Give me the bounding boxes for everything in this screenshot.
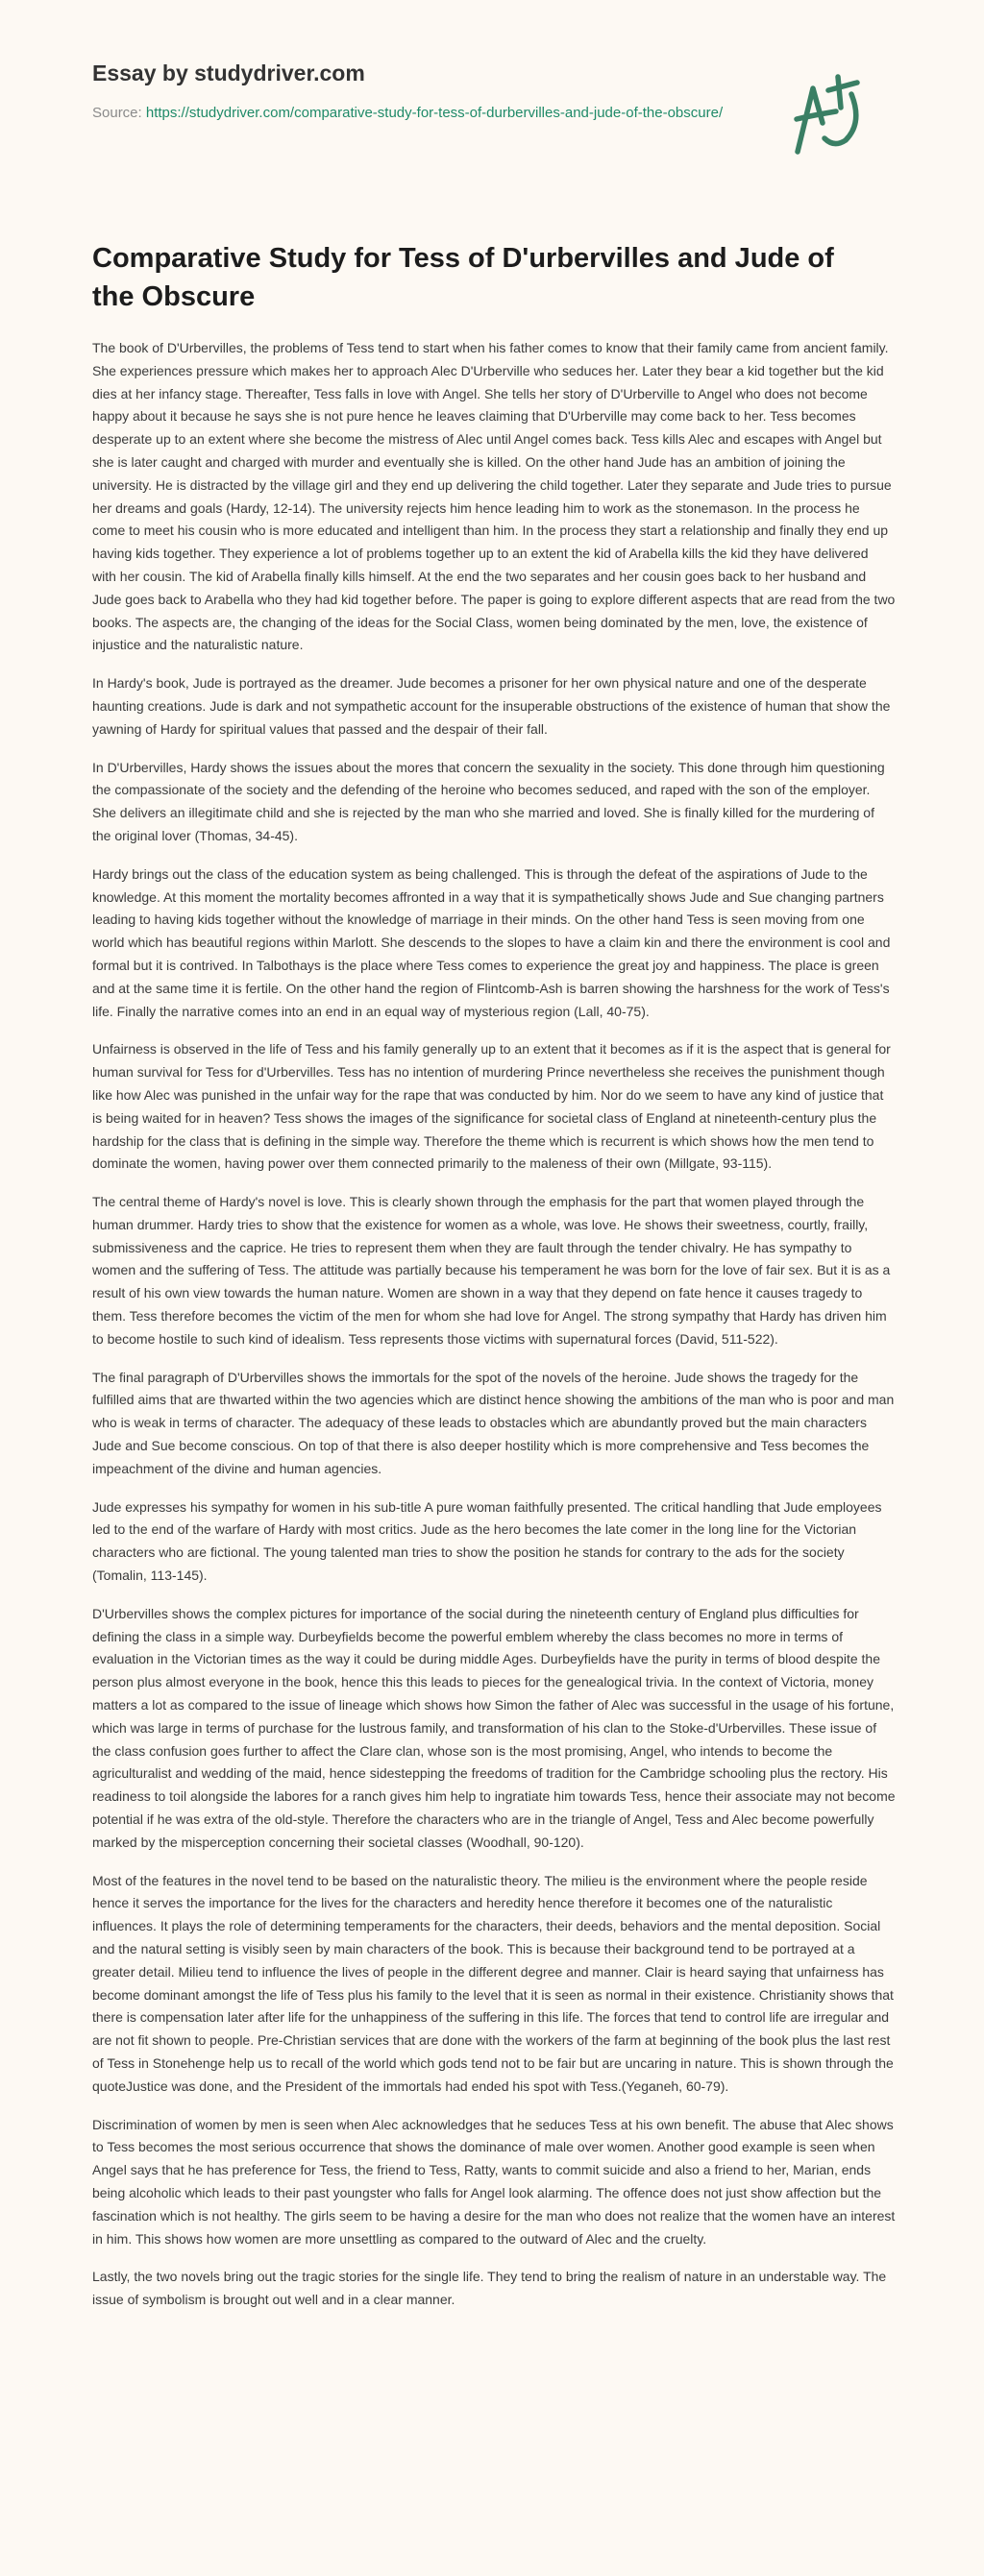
essay-content: Comparative Study for Tess of D'urbervil… bbox=[0, 239, 984, 2366]
essay-paragraph: Hardy brings out the class of the educat… bbox=[92, 863, 896, 1024]
essay-paragraph: Discrimination of women by men is seen w… bbox=[92, 2114, 896, 2251]
essay-body: The book of D'Urbervilles, the problems … bbox=[92, 337, 892, 2312]
essay-paragraph: In D'Urbervilles, Hardy shows the issues… bbox=[92, 757, 896, 848]
essay-paragraph: The final paragraph of D'Urbervilles sho… bbox=[92, 1367, 896, 1481]
source-label: Source: bbox=[92, 105, 142, 121]
essay-paragraph: Most of the features in the novel tend t… bbox=[92, 1870, 896, 2099]
essay-paragraph: Lastly, the two novels bring out the tra… bbox=[92, 2266, 896, 2312]
a-plus-grade-icon bbox=[790, 65, 867, 158]
essay-paragraph: Jude expresses his sympathy for women in… bbox=[92, 1496, 896, 1588]
source-line: Source: https://studydriver.com/comparat… bbox=[92, 102, 746, 125]
essay-paragraph: The book of D'Urbervilles, the problems … bbox=[92, 337, 896, 657]
essay-paragraph: The central theme of Hardy's novel is lo… bbox=[92, 1191, 896, 1351]
page-header: Essay by studydriver.com Source: https:/… bbox=[0, 0, 984, 168]
essay-paragraph: Unfairness is observed in the life of Te… bbox=[92, 1038, 896, 1176]
site-title: Essay by studydriver.com bbox=[92, 60, 892, 86]
essay-paragraph: In Hardy's book, Jude is portrayed as th… bbox=[92, 672, 896, 741]
source-link[interactable]: https://studydriver.com/comparative-stud… bbox=[146, 105, 723, 121]
essay-title: Comparative Study for Tess of D'urbervil… bbox=[92, 239, 880, 316]
essay-paragraph: D'Urbervilles shows the complex pictures… bbox=[92, 1603, 896, 1855]
